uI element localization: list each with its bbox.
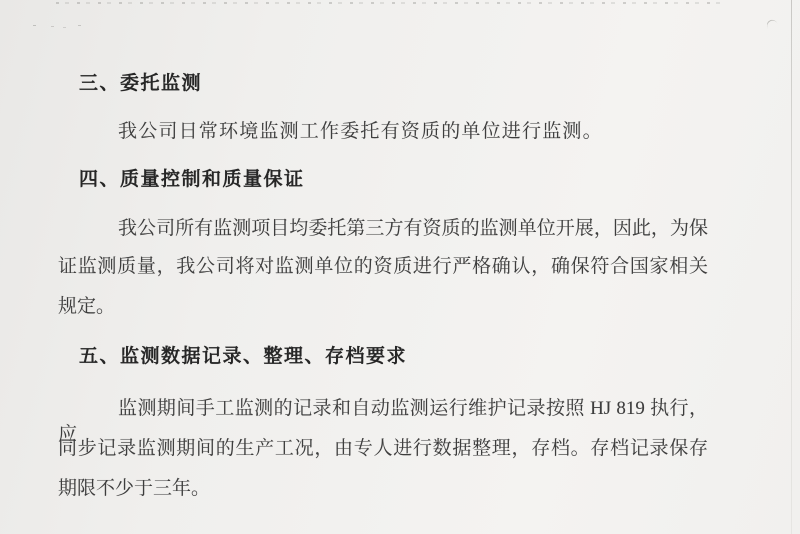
paragraph-line: 我公司所有监测项目均委托第三方有资质的监测单位开展，因此，为保 [58, 216, 708, 242]
paragraph-line: 证监测质量，我公司将对监测单位的资质进行严格确认，确保符合国家相关 [58, 254, 708, 280]
scan-speck [33, 25, 36, 26]
scanned-document-page: 三、委托监测 我公司日常环境监测工作委托有资质的单位进行监测。 四、质量控制和质… [0, 0, 800, 534]
paper-edge-right [791, 0, 792, 534]
paragraph-line: 期限不少于三年。 [58, 476, 708, 502]
paragraph-line: 同步记录监测期间的生产工况，由专人进行数据整理，存档。存档记录保存 [58, 436, 708, 462]
paper-edge-top [56, 2, 720, 4]
paragraph-line: 规定。 [58, 294, 708, 320]
section-heading: 三、委托监测 [79, 71, 202, 97]
scan-hair-mark [765, 18, 778, 30]
paragraph-line: 我公司日常环境监测工作委托有资质的单位进行监测。 [58, 119, 708, 145]
section-heading: 四、质量控制和质量保证 [79, 167, 305, 193]
section-heading: 五、监测数据记录、整理、存档要求 [79, 344, 407, 370]
